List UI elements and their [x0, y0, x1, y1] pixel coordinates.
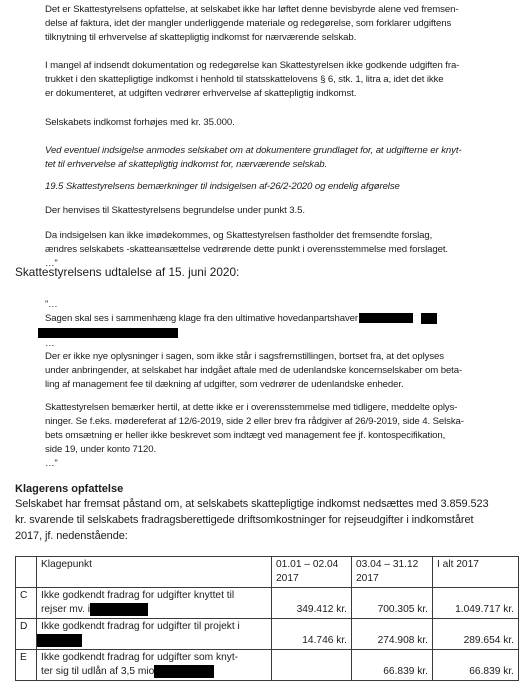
- subheading-19-5: 19.5 Skattestyrelsens bemærkninger til i…: [45, 180, 515, 194]
- text-line: rejser mv. i: [41, 603, 267, 617]
- text-fragment: rejser mv. i: [41, 604, 90, 615]
- text-line: I mangel af indsendt dokumentation og re…: [45, 59, 515, 73]
- paragraph-paastand: Selskabet har fremsat påstand om, at sel…: [15, 496, 520, 544]
- text-line: bets omsætning er heller ikke beskrevet …: [45, 429, 515, 443]
- row-letter: E: [16, 650, 37, 681]
- row-description: Ikke godkendt fradrag for udgifter knytt…: [37, 588, 272, 619]
- header-cell: Klagepunkt: [37, 557, 272, 588]
- text-line: tilknytning til erhvervelse af skattepli…: [45, 31, 515, 45]
- text-sagen: Sagen skal ses i sammenhæng klage fra de…: [45, 313, 358, 324]
- redaction-box: [154, 665, 214, 678]
- text-line: ling af management fee til dækning af ud…: [45, 378, 515, 392]
- row-description: Ikke godkendt fradrag for udgifter som k…: [37, 650, 272, 681]
- text-line: Ikke godkendt fradrag for udgifter som k…: [41, 651, 267, 665]
- paragraph-henvises: Der henvises til Skattestyrelsens begrun…: [45, 204, 515, 218]
- paragraph-indsigelse-italic: Ved eventuel indsigelse anmodes selskabe…: [45, 144, 515, 172]
- amount-period2: 274.908 kr.: [352, 619, 433, 650]
- row-letter: C: [16, 588, 37, 619]
- amount-period1: [272, 650, 352, 681]
- header-cell: 03.04 – 31.12 2017: [352, 557, 433, 588]
- header-cell: [16, 557, 37, 588]
- text-line: Selskabet har fremsat påstand om, at sel…: [15, 496, 520, 512]
- text-line: Ikke godkendt fradrag for udgifter til p…: [41, 620, 267, 634]
- text-line: Ikke godkendt fradrag for udgifter knytt…: [41, 589, 267, 603]
- table-row: C Ikke godkendt fradrag for udgifter kny…: [16, 588, 519, 619]
- text-line: Der henvises til Skattestyrelsens begrun…: [45, 204, 515, 218]
- text-line: er dokumenteret, at udgiften vedrører er…: [45, 87, 515, 101]
- quote-block-udtalelse: ”… Sagen skal ses i sammenhæng klage fra…: [45, 298, 515, 326]
- text-line: kr. svarende til selskabets fradragsbere…: [15, 512, 520, 528]
- amount-total: 1.049.717 kr.: [433, 588, 519, 619]
- paragraph-bemaerker: Skattestyrelsen bemærker hertil, at dett…: [45, 401, 515, 471]
- amount-period1: 349.412 kr.: [272, 588, 352, 619]
- text-line: Ved eventuel indsigelse anmodes selskabe…: [45, 144, 515, 158]
- text-line: Selskabets indkomst forhøjes med kr. 35.…: [45, 116, 515, 130]
- row-description: Ikke godkendt fradrag for udgifter til p…: [37, 619, 272, 650]
- text-line: trukket i den skattepligtige indkomst i …: [45, 73, 515, 87]
- text-line: ninger. Se f.eks. mødereferat af 12/6-20…: [45, 415, 515, 429]
- text-line: Skattestyrelsen bemærker hertil, at dett…: [45, 401, 515, 415]
- table-row: E Ikke godkendt fradrag for udgifter som…: [16, 650, 519, 681]
- header-cell: I alt 2017: [433, 557, 519, 588]
- paragraph-nye-oplysninger: Der er ikke nye oplysninger i sagen, som…: [45, 350, 515, 392]
- text-line: ter sig til udlån af 3,5 mio: [41, 665, 267, 679]
- paragraph-opfattelse: Det er Skattestyrelsens opfattelse, at s…: [45, 3, 515, 45]
- table-header-row: Klagepunkt 01.01 – 02.04 2017 03.04 – 31…: [16, 557, 519, 588]
- close-quote: …”: [45, 457, 515, 471]
- text-line: [41, 634, 267, 648]
- text-line: delse af faktura, idet der mangler under…: [45, 17, 515, 31]
- redaction-box: [421, 313, 437, 324]
- redaction-box: [37, 634, 82, 647]
- text-line: Der er ikke nye oplysninger i sagen, som…: [45, 350, 515, 364]
- text-fragment: ter sig til udlån af 3,5 mio: [41, 666, 154, 677]
- text-line: Da indsigelsen kan ikke imødekommes, og …: [45, 229, 515, 243]
- text-line: under anbringender, at selskabet har ind…: [45, 364, 515, 378]
- row-letter: D: [16, 619, 37, 650]
- amount-total: 289.654 kr.: [433, 619, 519, 650]
- amount-period2: 700.305 kr.: [352, 588, 433, 619]
- header-cell: 01.01 – 02.04 2017: [272, 557, 352, 588]
- open-quote: ”…: [45, 298, 515, 312]
- text-line: 2017, jf. nedenstående:: [15, 528, 520, 544]
- klagepunkt-table: Klagepunkt 01.01 – 02.04 2017 03.04 – 31…: [15, 556, 519, 681]
- text-line: 19.5 Skattestyrelsens bemærkninger til i…: [45, 180, 515, 194]
- text-line: tet til erhvervelse af skattepligtig ind…: [45, 158, 515, 172]
- text-line: Sagen skal ses i sammenhæng klage fra de…: [45, 312, 515, 326]
- ellipsis-line: …: [45, 337, 515, 351]
- heading-klagerens-opfattelse: Klagerens opfattelse: [15, 481, 123, 497]
- table-row: D Ikke godkendt fradrag for udgifter til…: [16, 619, 519, 650]
- ellipsis: …: [45, 337, 515, 351]
- amount-period2: 66.839 kr.: [352, 650, 433, 681]
- paragraph-mangel: I mangel af indsendt dokumentation og re…: [45, 59, 515, 101]
- redaction-box: [359, 313, 413, 323]
- paragraph-forhoejes: Selskabets indkomst forhøjes med kr. 35.…: [45, 116, 515, 130]
- text-line: side 19, under konto 7120.: [45, 443, 515, 457]
- heading-udtalelse: Skattestyrelsens udtalelse af 15. juni 2…: [15, 264, 239, 280]
- amount-period1: 14.746 kr.: [272, 619, 352, 650]
- redaction-box: [90, 603, 148, 616]
- amount-total: 66.839 kr.: [433, 650, 519, 681]
- text-line: Det er Skattestyrelsens opfattelse, at s…: [45, 3, 515, 17]
- text-line: ændres selskabets -skatteansættelse vedr…: [45, 243, 515, 257]
